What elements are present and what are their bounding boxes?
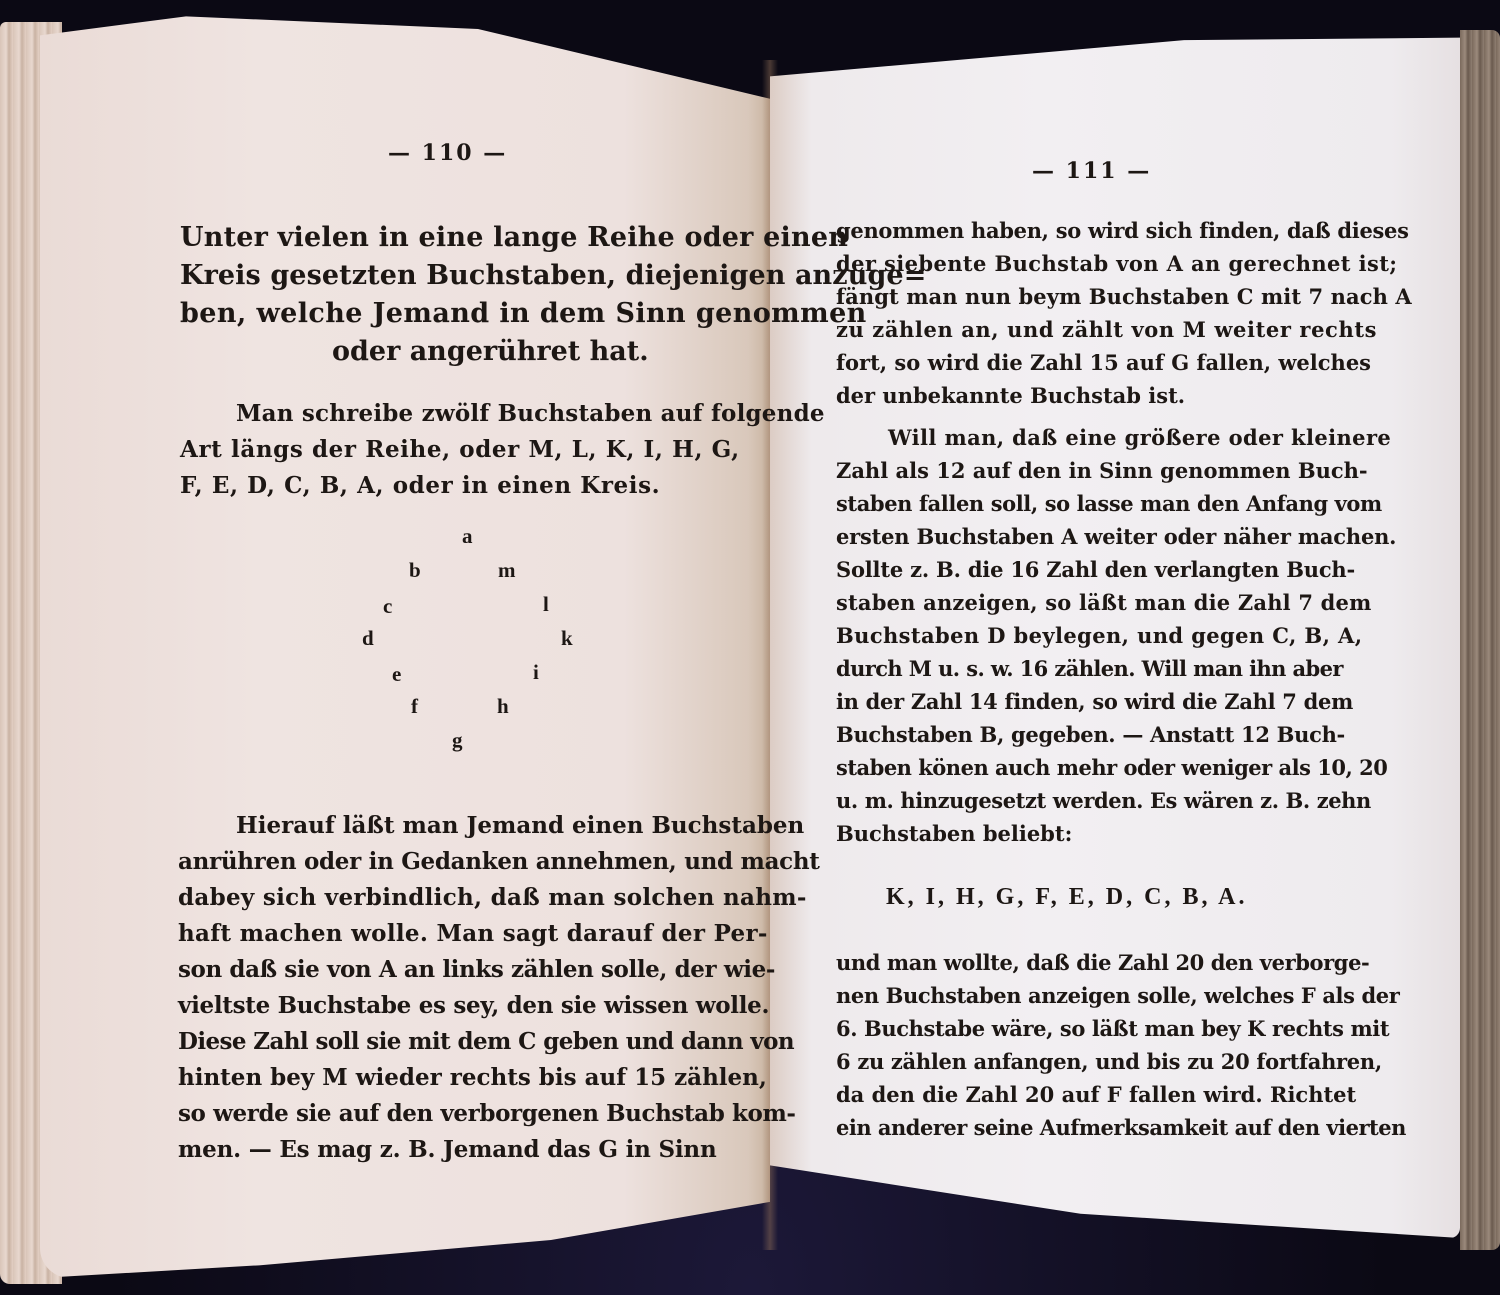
paragraph-line: men. — Es mag z. B. Jemand das G in Sinn <box>178 1136 716 1163</box>
paragraph-line: ersten Buchstaben A weiter oder näher ma… <box>836 524 1396 549</box>
paragraph-line: Buchstaben beliebt: <box>836 821 1072 846</box>
paragraph-line: Buchstaben B, gegeben. — Anstatt 12 Buch… <box>836 722 1345 747</box>
paragraph-line: Man schreibe zwölf Buchstaben auf folgen… <box>236 400 825 427</box>
paragraph-line: ein anderer seine Aufmerksamkeit auf den… <box>836 1115 1406 1140</box>
paragraph-line: 6. Buchstabe wäre, so läßt man bey K rec… <box>836 1016 1389 1041</box>
paragraph-line: genommen haben, so wird sich finden, daß… <box>836 218 1409 243</box>
paragraph-line: Zahl als 12 auf den in Sinn genommen Buc… <box>836 458 1368 483</box>
letter-row-example: K, I, H, G, F, E, D, C, B, A. <box>886 884 1248 911</box>
paragraph-line: staben fallen soll, so lasse man den Anf… <box>836 491 1382 516</box>
paragraph-line: dabey sich verbindlich, daß man solchen … <box>178 884 807 911</box>
right-page-number: — 111 — <box>1032 158 1151 184</box>
circle-letter-h: h <box>497 694 509 719</box>
paragraph-line: und man wollte, daß die Zahl 20 den verb… <box>836 950 1369 975</box>
circle-letter-d: d <box>362 626 374 651</box>
circle-letter-m: m <box>498 558 516 583</box>
right-page-edges <box>1460 30 1500 1250</box>
paragraph-line: haft machen wolle. Man sagt darauf der P… <box>178 920 768 947</box>
paragraph-line: zu zählen an, und zählt von M weiter rec… <box>836 317 1377 342</box>
paragraph-line: so werde sie auf den verborgenen Buchsta… <box>178 1100 796 1127</box>
paragraph-line: staben anzeigen, so läßt man die Zahl 7 … <box>836 590 1372 615</box>
paragraph-line: Diese Zahl soll sie mit dem C geben und … <box>178 1028 794 1055</box>
circle-letter-k: k <box>561 626 573 651</box>
paragraph-line: Hierauf läßt man Jemand einen Buchstaben <box>236 812 804 839</box>
paragraph-line: in der Zahl 14 finden, so wird die Zahl … <box>836 689 1353 714</box>
paragraph-line: F, E, D, C, B, A, oder in einen Kreis. <box>180 472 660 499</box>
paragraph-line: son daß sie von A an links zählen solle,… <box>178 956 775 983</box>
paragraph-line: der unbekannte Buchstab ist. <box>836 383 1185 408</box>
paragraph-line: hinten bey M wieder rechts bis auf 15 zä… <box>178 1064 767 1091</box>
paragraph-line: fängt man nun beym Buchstaben C mit 7 na… <box>836 284 1412 309</box>
circle-letter-i: i <box>533 660 539 685</box>
circle-letter-b: b <box>409 558 421 583</box>
paragraph-line: anrühren oder in Gedanken annehmen, und … <box>178 848 820 875</box>
section-heading-line-1: Unter vielen in eine lange Reihe oder ei… <box>180 222 848 253</box>
paragraph-line: durch M u. s. w. 16 zählen. Will man ihn… <box>836 656 1343 681</box>
paragraph-line: der siebente Buchstab von A an gerechnet… <box>836 251 1397 276</box>
circle-letter-e: e <box>392 662 401 687</box>
paragraph-line: u. m. hinzugesetzt werden. Es wären z. B… <box>836 788 1371 813</box>
paragraph-line: Buchstaben D beylegen, und gegen C, B, A… <box>836 623 1362 648</box>
paragraph-line: fort, so wird die Zahl 15 auf G fallen, … <box>836 350 1371 375</box>
left-page-number: — 110 — <box>388 140 507 166</box>
paragraph-line: staben könen auch mehr oder weniger als … <box>836 755 1387 780</box>
paragraph-line: 6 zu zählen anfangen, und bis zu 20 fort… <box>836 1049 1382 1074</box>
section-heading-line-2: Kreis gesetzten Buchstaben, diejenigen a… <box>180 260 926 291</box>
circle-letter-c: c <box>383 594 392 619</box>
paragraph-line: Sollte z. B. die 16 Zahl den verlangten … <box>836 557 1355 582</box>
paragraph-line: vieltste Buchstabe es sey, den sie wisse… <box>178 992 769 1019</box>
paragraph-line: Art längs der Reihe, oder M, L, K, I, H,… <box>180 436 740 463</box>
circle-letter-a: a <box>462 524 473 549</box>
circle-letter-l: l <box>543 592 549 617</box>
paragraph-line: da den die Zahl 20 auf F fallen wird. Ri… <box>836 1082 1356 1107</box>
circle-letter-f: f <box>411 694 418 719</box>
paragraph-line: nen Buchstaben anzeigen solle, welches F… <box>836 983 1399 1008</box>
section-heading-line-3: ben, welche Jemand in dem Sinn genommen <box>180 298 867 329</box>
circle-letter-g: g <box>452 728 463 753</box>
section-heading-line-4: oder angerühret hat. <box>332 336 649 367</box>
paragraph-line: Will man, daß eine größere oder kleinere <box>888 425 1391 450</box>
